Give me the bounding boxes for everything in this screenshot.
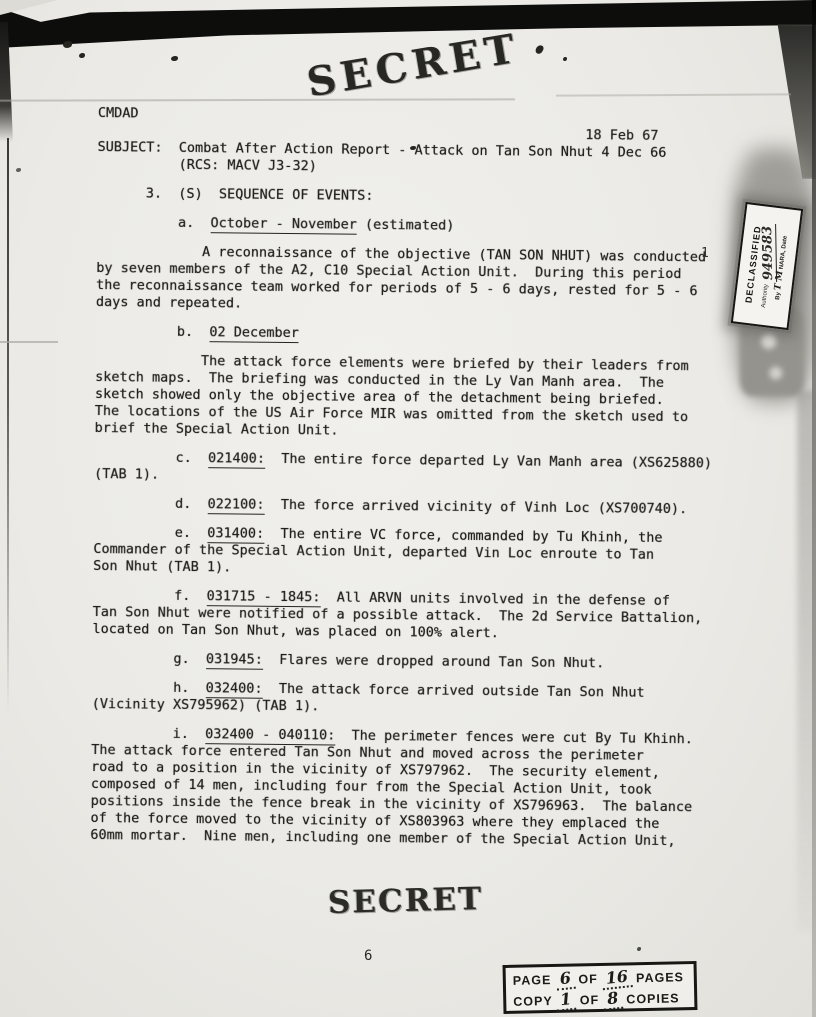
paper-edge-line-left (7, 138, 9, 713)
typed-block: f. 031715 - 1845: All ARVN units involve… (92, 587, 792, 645)
page-number: 6 (364, 948, 372, 964)
scanner-edge-right (812, 0, 816, 1017)
scanned-document-page: SECRET SECRET CMDAD 18 Feb 67SUBJECT: Co… (0, 0, 816, 1017)
typed-block: A reconnaissance of the objective (TAN S… (96, 243, 797, 318)
stray-margin-mark: 1 (701, 246, 709, 261)
typed-body: CMDAD 18 Feb 67SUBJECT: Combat After Act… (90, 105, 798, 851)
typed-block: g. 031945: Flares were dropped around Ta… (92, 650, 792, 674)
typed-block: b. 02 December (96, 323, 796, 347)
secret-stamp-bottom: SECRET (328, 881, 484, 921)
typed-block: a. October - November (estimated) (97, 214, 797, 238)
copy-label: COPY (513, 994, 553, 1009)
page-value-handwritten: 6 (554, 968, 575, 991)
nara-date-label: NARA, Date (779, 235, 789, 269)
typed-block: The attack force elements were briefed b… (95, 352, 796, 444)
page-copy-stamp-box: PAGE 6 OF 16 PAGES COPY 1 OF 8 COPIES (503, 961, 698, 1014)
typed-line: a. October - November (estimated) (97, 214, 797, 238)
of-label: OF (580, 993, 600, 1007)
authority-number: 949583 (760, 224, 777, 283)
typed-block: h. 032400: The attack force arrived outs… (92, 679, 792, 720)
typed-block: 3. (S) SEQUENCE OF EVENTS: (97, 185, 797, 209)
typed-line: g. 031945: Flares were dropped around Ta… (92, 650, 792, 674)
authority-label: Authority (761, 284, 770, 308)
typed-block: d. 022100: The force arrived vicinity of… (94, 495, 794, 519)
typed-line: d. 022100: The force arrived vicinity of… (94, 495, 794, 519)
pages-total-handwritten: 16 (601, 966, 633, 990)
typed-line: b. 02 December (96, 323, 796, 347)
typed-block: e. 031400: The entire VC force, commande… (93, 524, 793, 582)
scan-crease (0, 341, 58, 343)
of-label: OF (578, 972, 598, 986)
typed-block: CMDAD 18 Feb 67SUBJECT: Combat After Act… (97, 105, 798, 180)
page-label: PAGE (513, 973, 552, 988)
copy-count-row: COPY 1 OF 8 COPIES (513, 987, 687, 1012)
pages-label: PAGES (636, 970, 684, 985)
copy-value-handwritten: 1 (556, 989, 577, 1012)
typed-block: c. 021400: The entire force departed Ly … (94, 449, 794, 490)
by-label: By (775, 292, 782, 300)
copies-label: COPIES (626, 991, 680, 1006)
typed-block: i. 032400 - 040110: The perimeter fences… (90, 725, 791, 851)
typed-line: 3. (S) SEQUENCE OF EVENTS: (97, 185, 797, 209)
copies-total-handwritten: 8 (602, 988, 623, 1011)
